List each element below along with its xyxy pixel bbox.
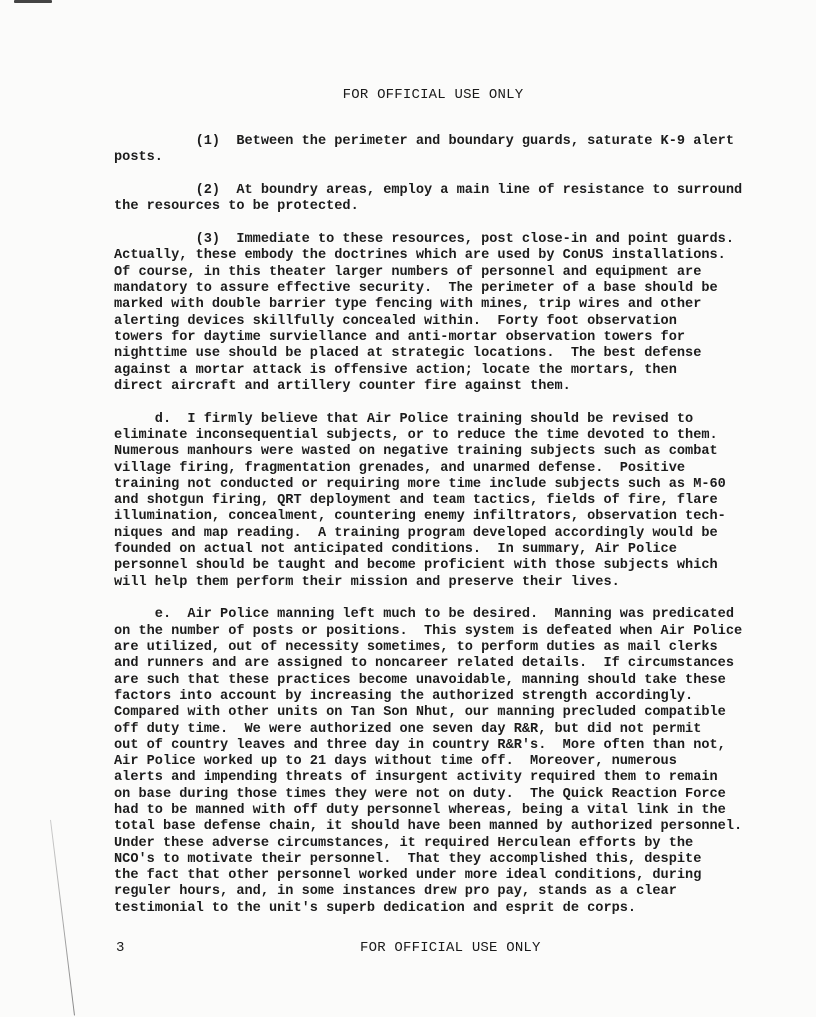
text-line: e. Air Police manning left much to be de…	[114, 607, 754, 623]
text-line: are such that these practices become una…	[114, 673, 754, 689]
scan-artifact-mark	[14, 0, 52, 3]
paragraph-item-3: (3) Immediate to these resources, post c…	[114, 232, 754, 395]
paragraph-item-2: (2) At boundry areas, employ a main line…	[114, 183, 754, 216]
text-line: founded on actual not anticipated condit…	[114, 542, 754, 558]
text-line: (2) At boundry areas, employ a main line…	[114, 183, 754, 199]
text-line: had to be manned with off duty personnel…	[114, 803, 754, 819]
text-line: Of course, in this theater larger number…	[114, 265, 754, 281]
text-line: the resources to be protected.	[114, 199, 754, 215]
page-number: 3	[116, 940, 124, 956]
page-header-classification: FOR OFFICIAL USE ONLY	[0, 87, 816, 103]
text-line: (1) Between the perimeter and boundary g…	[114, 134, 754, 150]
text-line: mandatory to assure effective security. …	[114, 281, 754, 297]
text-line: Compared with other units on Tan Son Nhu…	[114, 705, 754, 721]
text-line: on base during those times they were not…	[114, 787, 754, 803]
text-line: posts.	[114, 150, 754, 166]
text-line: niques and map reading. A training progr…	[114, 526, 754, 542]
text-line: off duty time. We were authorized one se…	[114, 722, 754, 738]
paragraph-item-d: d. I firmly believe that Air Police trai…	[114, 412, 754, 591]
document-page: FOR OFFICIAL USE ONLY (1) Between the pe…	[0, 0, 816, 1017]
scan-artifact-line	[50, 820, 75, 1016]
text-line: NCO's to motivate their personnel. That …	[114, 852, 754, 868]
text-line: Actually, these embody the doctrines whi…	[114, 248, 754, 264]
text-line: Under these adverse circumstances, it re…	[114, 836, 754, 852]
text-line: eliminate inconsequential subjects, or t…	[114, 428, 754, 444]
page-footer-classification: FOR OFFICIAL USE ONLY	[360, 940, 541, 956]
text-line: direct aircraft and artillery counter fi…	[114, 379, 754, 395]
text-line: nighttime use should be placed at strate…	[114, 346, 754, 362]
text-line: testimonial to the unit's superb dedicat…	[114, 901, 754, 917]
text-line: reguler hours, and, in some instances dr…	[114, 884, 754, 900]
text-line: training not conducted or requiring more…	[114, 477, 754, 493]
paragraph-item-e: e. Air Police manning left much to be de…	[114, 607, 754, 917]
text-line: and runners and are assigned to noncaree…	[114, 656, 754, 672]
text-line: alerting devices skillfully concealed wi…	[114, 314, 754, 330]
text-line: against a mortar attack is offensive act…	[114, 363, 754, 379]
text-line: will help them perform their mission and…	[114, 575, 754, 591]
text-line: marked with double barrier type fencing …	[114, 297, 754, 313]
text-line: village firing, fragmentation grenades, …	[114, 461, 754, 477]
text-line: out of country leaves and three day in c…	[114, 738, 754, 754]
text-line: (3) Immediate to these resources, post c…	[114, 232, 754, 248]
text-line: and shotgun firing, QRT deployment and t…	[114, 493, 754, 509]
text-line: towers for daytime surviellance and anti…	[114, 330, 754, 346]
text-line: are utilized, out of necessity sometimes…	[114, 640, 754, 656]
text-line: on the number of posts or positions. Thi…	[114, 624, 754, 640]
text-line: total base defense chain, it should have…	[114, 819, 754, 835]
text-line: illumination, concealment, countering en…	[114, 509, 754, 525]
text-line: d. I firmly believe that Air Police trai…	[114, 412, 754, 428]
text-line: Air Police worked up to 21 days without …	[114, 754, 754, 770]
text-line: factors into account by increasing the a…	[114, 689, 754, 705]
document-body: (1) Between the perimeter and boundary g…	[114, 134, 754, 934]
paragraph-item-1: (1) Between the perimeter and boundary g…	[114, 134, 754, 167]
text-line: Numerous manhours were wasted on negativ…	[114, 444, 754, 460]
text-line: the fact that other personnel worked und…	[114, 868, 754, 884]
text-line: personnel should be taught and become pr…	[114, 558, 754, 574]
text-line: alerts and impending threats of insurgen…	[114, 770, 754, 786]
